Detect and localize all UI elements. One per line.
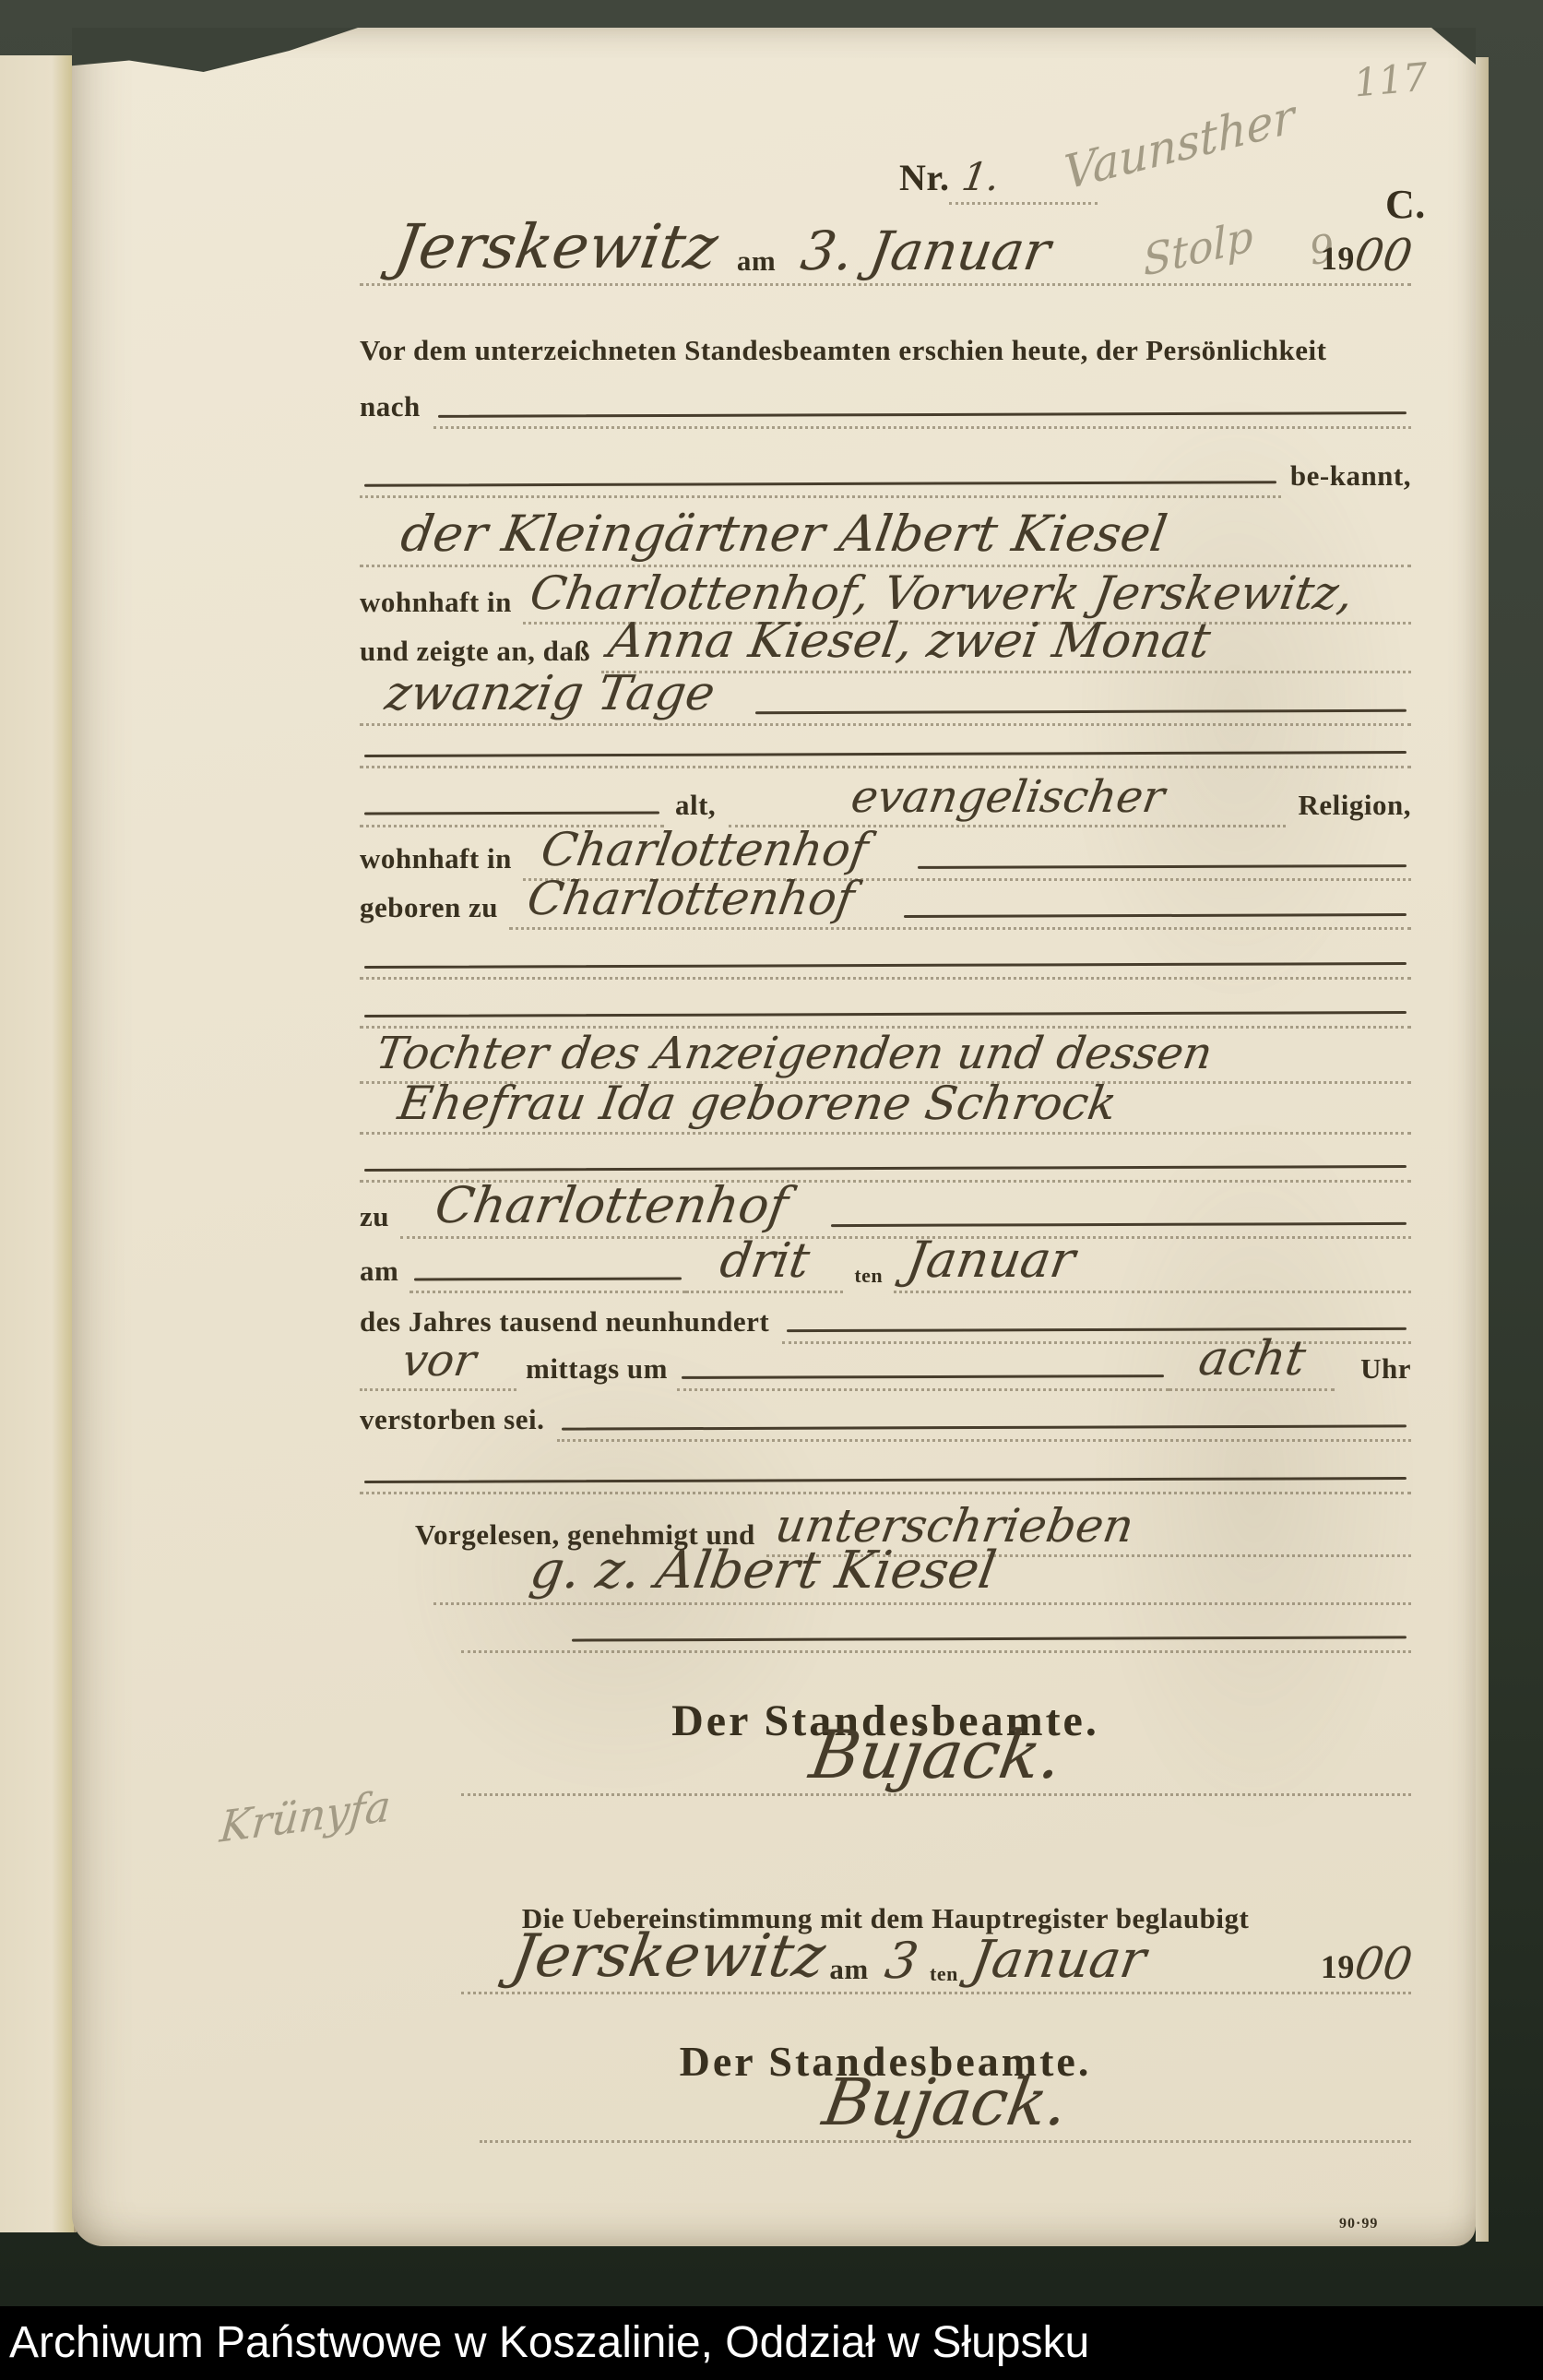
born-row: geboren zu Charlottenhof [360, 851, 1411, 930]
scanned-document: 117 C. Vaunsther Stolp 9 Krünyfa Nr. 1. … [0, 0, 1543, 2380]
certification-place: Jerskewitz [456, 1927, 828, 1992]
ink-stroke [572, 1636, 1407, 1641]
born-handwritten: Charlottenhof [505, 875, 858, 927]
parent-row2: Ehefrau Ida geborene Schrock [360, 1061, 1411, 1135]
ink-stroke [414, 1277, 682, 1280]
adjacent-page-edge [0, 55, 77, 2232]
ink-stroke [438, 411, 1407, 418]
certification-year-handwritten: 00 [1351, 1942, 1416, 1992]
certification-registrar-signature: Bujack. [818, 2070, 1073, 2140]
ink-stroke [562, 1424, 1407, 1430]
born-label: geboren zu [360, 891, 498, 930]
died-row: verstorben sei. [360, 1382, 1411, 1442]
archive-watermark-text: Archiwum Państwowe w Koszalinie, Oddział… [0, 2306, 1089, 2380]
parent-line2-handwritten: Ehefrau Ida geborene Schrock [356, 1080, 1121, 1132]
certification-dateline: Jerskewitz am 3 ten Januar 19 00 [461, 1902, 1411, 1994]
print-code: 90·99 [1339, 2216, 1378, 2232]
year-handwritten: 00 [1351, 233, 1416, 283]
nach-row: nach [360, 374, 1411, 429]
certification-year-printed: 19 [1321, 1947, 1355, 1992]
registrar-signature-row: Bujack. [461, 1704, 1411, 1796]
age-row: zwanzig Tage [360, 652, 1411, 726]
intro-line: Vor dem unterzeichneten Standesbeamten e… [360, 334, 1327, 367]
ink-stroke [364, 962, 1407, 969]
certification-month: Januar [967, 1934, 1149, 1992]
declarant-signature: g. z. Albert Kiesel [429, 1545, 999, 1602]
age-handwritten: zwanzig Tage [355, 670, 718, 723]
ink-stroke [755, 709, 1407, 714]
registrar-signature: Bujack. [805, 1721, 1067, 1793]
nach-label: nach [360, 390, 421, 429]
blank-row [461, 1616, 1411, 1653]
declarant-signature-row: g. z. Albert Kiesel [433, 1522, 1411, 1605]
intro-text: Vor dem unterzeichneten Standesbeamten e… [360, 334, 1327, 366]
dateline-row: Jerskewitz am 3. Januar 19 00 [360, 198, 1411, 286]
place-handwritten: Jerskewitz [354, 217, 721, 283]
blank-row [360, 943, 1411, 980]
date-handwritten: 3. Januar [797, 224, 1054, 283]
am-label: am [737, 244, 776, 283]
pencil-page-number: 117 [1352, 54, 1430, 106]
certification-ten-label: ten [930, 1962, 958, 1992]
vor-handwritten: vor [398, 1339, 479, 1388]
ink-stroke [904, 913, 1407, 918]
archive-watermark-bar: Archiwum Państwowe w Koszalinie, Oddział… [0, 2306, 1543, 2380]
certification-am-label: am [829, 1953, 868, 1992]
died-label: verstorben sei. [360, 1403, 544, 1442]
certification-day: 3 [881, 1936, 921, 1992]
year-printed: 19 [1321, 239, 1355, 283]
page-stack-edge [1476, 57, 1489, 2242]
certification-signature-row: Bujack. [480, 2065, 1411, 2143]
